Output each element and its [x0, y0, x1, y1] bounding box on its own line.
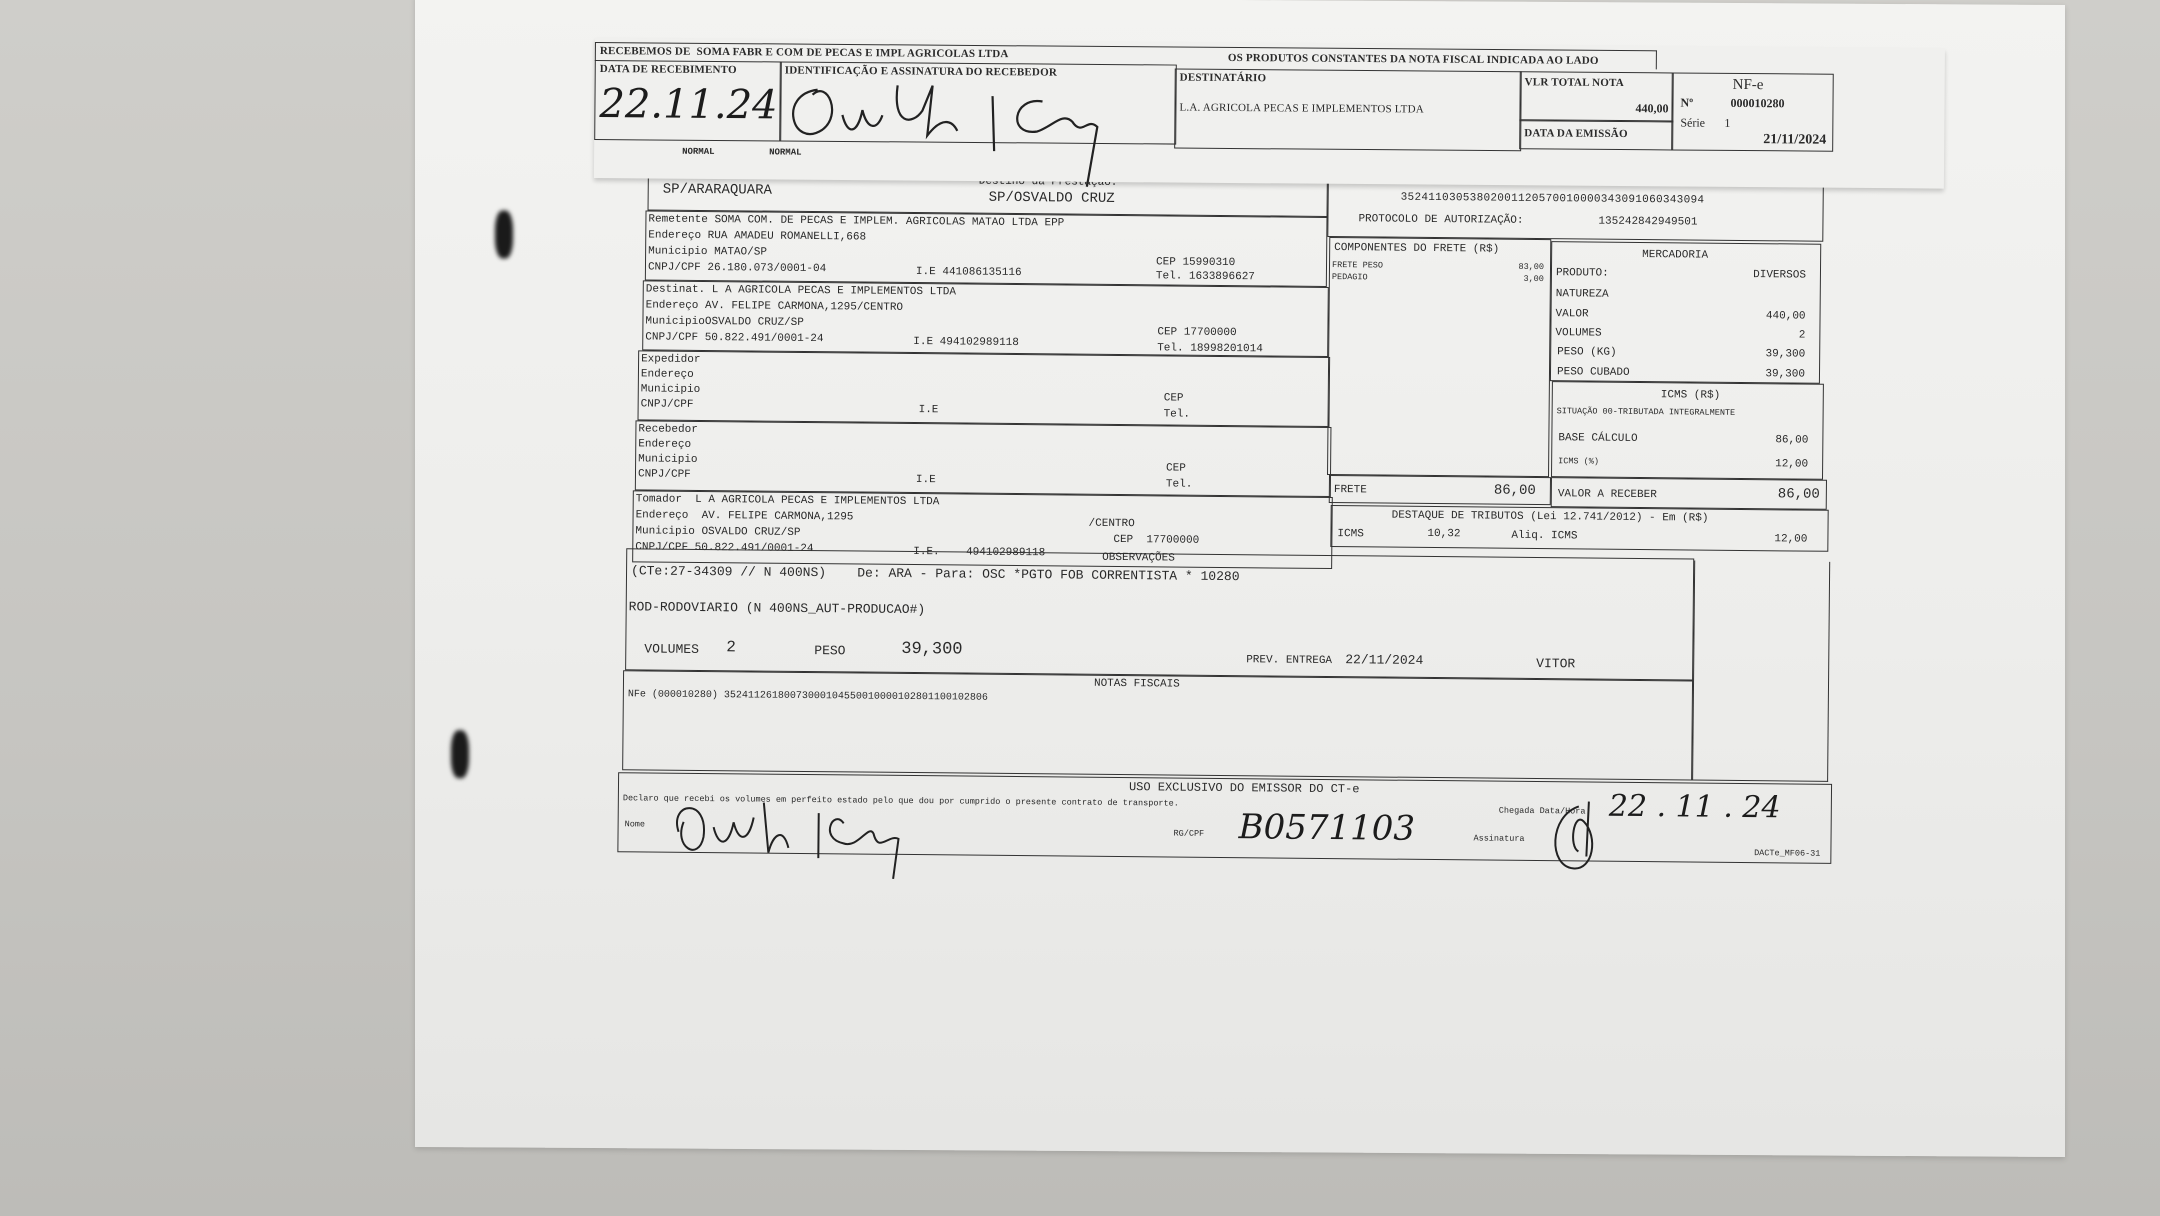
cep-label: CEP: [1113, 534, 1133, 546]
numero-value: 000010280: [1730, 96, 1784, 111]
tel-label: Tel.: [1166, 478, 1193, 490]
assinatura-signature-icon: [1538, 796, 1629, 877]
recebedor-signature-icon: [782, 74, 1163, 187]
tel-label: Tel.: [1157, 342, 1184, 354]
produto-label: PRODUTO:: [1556, 267, 1609, 280]
data-emissao-value: 21/11/2024: [1763, 132, 1826, 148]
remetente-ie: 441086135116: [942, 266, 1021, 279]
protocolo-value: 135242842949501: [1598, 216, 1697, 229]
tomador-cep: 17700000: [1146, 534, 1199, 547]
frete-total-box: FRETE 86,00: [1329, 475, 1551, 505]
mercadoria-box: MERCADORIA PRODUTO: DIVERSOS NATUREZA VA…: [1550, 241, 1821, 384]
tributos-box: DESTAQUE DE TRIBUTOS (Lei 12.741/2012) -…: [1330, 505, 1828, 552]
valor-receber-label: VALOR A RECEBER: [1558, 488, 1657, 501]
peso-cubado-value: 39,300: [1765, 368, 1805, 380]
tomador-label: Tomador: [636, 493, 682, 505]
destinatario-cep: 17700000: [1184, 327, 1237, 340]
tributos-icms-label: ICMS: [1337, 528, 1364, 540]
tomador-endereco: AV. FELIPE CARMONA,1295: [702, 510, 854, 523]
obs-volumes-value: 2: [726, 638, 736, 656]
componente-label: FRETE PESO: [1332, 260, 1383, 270]
municipio-label: Municipio: [638, 453, 698, 466]
frete-value: 86,00: [1494, 483, 1536, 499]
vlr-total-label: VLR TOTAL NOTA: [1525, 76, 1624, 89]
tipo-cte-1: NORMAL: [682, 147, 714, 157]
cep-label: CEP: [1157, 326, 1177, 338]
observacoes-line1: (CTe:27-34309 // N 400NS) De: ARA - Para…: [631, 563, 1240, 584]
peso-value: 39,300: [1766, 348, 1806, 360]
destinatario-label: Destinat.: [646, 283, 706, 296]
destino-value: SP/OSVALDO CRUZ: [989, 190, 1115, 207]
receipt-stub: RECEBEMOS DE SOMA FABR E COM DE PECAS E …: [594, 38, 1945, 189]
icms-title: ICMS (R$): [1661, 389, 1721, 402]
icms-aliq-value: 12,00: [1775, 458, 1808, 470]
numero-label: Nº: [1680, 96, 1693, 111]
remetente-label: Remetente: [648, 213, 708, 226]
chave-value: 3524110305380200112057001000034309106034…: [1401, 192, 1705, 207]
identificacao-box: IDENTIFICAÇÃO E ASSINATURA DO RECEBEDOR: [779, 61, 1177, 144]
expedidor-label: Expedidor: [641, 353, 701, 366]
data-recebimento-label: DATA DE RECEBIMENTO: [600, 63, 737, 76]
chegada-handwritten: 22 . 11 . 24: [1609, 789, 1781, 826]
emissor-box: USO EXCLUSIVO DO EMISSOR DO CT-e Declaro…: [617, 772, 1832, 864]
observacoes-title: OBSERVAÇÕES: [1102, 552, 1175, 565]
emissor-title: USO EXCLUSIVO DO EMISSOR DO CT-e: [1129, 780, 1360, 796]
vlr-total-box: VLR TOTAL NOTA 440,00: [1519, 71, 1673, 122]
destinatario-municipio: OSVALDO CRUZ/SP: [705, 316, 804, 329]
observacoes-side-box: [1692, 561, 1830, 782]
destinatario-nome: L A AGRICOLA PECAS E IMPLEMENTOS LTDA: [712, 284, 956, 298]
remetente-cep: 15990310: [1182, 257, 1235, 270]
stub-notice: OS PRODUTOS CONSTANTES DA NOTA FISCAL IN…: [1228, 52, 1599, 67]
valor-receber-box: VALOR A RECEBER 86,00: [1551, 477, 1827, 510]
tomador-nome: L A AGRICOLA PECAS E IMPLEMENTOS LTDA: [695, 494, 939, 508]
cep-label: CEP: [1164, 392, 1184, 404]
notas-title: NOTAS FISCAIS: [1094, 678, 1180, 691]
frete-label: FRETE: [1334, 484, 1367, 496]
origem-value: SP/ARARAQUARA: [663, 182, 772, 199]
valor-value: 440,00: [1766, 310, 1806, 322]
recebedor-box: Recebedor Endereço Municipio CNPJ/CPF I.…: [635, 420, 1332, 497]
icms-aliq-label: ICMS (%): [1558, 456, 1599, 466]
tomador-municipio: OSVALDO CRUZ/SP: [701, 526, 800, 539]
tributos-icms-value: 10,32: [1427, 528, 1460, 540]
nfe-label: NF-e: [1733, 77, 1764, 94]
peso-label: PESO (KG): [1557, 346, 1617, 359]
binder-hole-mark: [495, 210, 513, 258]
tel-label: Tel.: [1164, 408, 1191, 420]
icms-situacao: SITUAÇÃO 00-TRIBUTADA INTEGRALMENTE: [1557, 406, 1736, 418]
expedidor-box: Expedidor Endereço Municipio CNPJ/CPF I.…: [638, 350, 1331, 427]
cnpj-label: CNPJ/CPF: [645, 331, 698, 344]
icms-box: ICMS (R$) SITUAÇÃO 00-TRIBUTADA INTEGRAL…: [1551, 381, 1824, 480]
endereco-label: Endereço: [646, 299, 699, 312]
municipio-label: Municipio: [648, 245, 708, 258]
prev-entrega-value: 22/11/2024: [1345, 652, 1423, 668]
remetente-cnpj: 26.180.073/0001-04: [707, 262, 826, 275]
assinatura-label: Assinatura: [1473, 833, 1524, 843]
notas-fiscais-box: NOTAS FISCAIS NFe (000010280) 3524112618…: [622, 670, 1693, 780]
cep-label: CEP: [1166, 462, 1186, 474]
data-emissao-box: DATA DA EMISSÃO: [1519, 119, 1673, 150]
base-calculo-label: BASE CÁLCULO: [1558, 432, 1637, 445]
remetente-nome: SOMA COM. DE PECAS E IMPLEM. AGRICOLAS M…: [714, 214, 1064, 229]
municipio-label: Municipio: [645, 315, 705, 328]
tributos-aliq-label: Aliq. ICMS: [1511, 530, 1577, 543]
obs-peso-value: 39,300: [901, 640, 962, 660]
recebedor-label: Recebedor: [638, 423, 698, 436]
endereco-label: Endereço: [638, 438, 691, 451]
recebedor-signature-icon: [668, 792, 969, 885]
remetente-endereco: RUA AMADEU ROMANELLI,668: [708, 230, 867, 244]
rg-handwritten: B0571103: [1238, 807, 1415, 849]
ie-label: I.E: [916, 266, 936, 278]
binder-hole-mark: [451, 730, 469, 778]
endereco-label: Endereço: [648, 229, 701, 242]
municipio-label: Municipio: [641, 383, 701, 396]
remetente-tel: 1633896627: [1189, 271, 1255, 284]
componente-value: 3,00: [1523, 274, 1544, 284]
data-recebimento-box: DATA DE RECEBIMENTO 22.11.24: [594, 60, 782, 141]
cnpj-label: CNPJ/CPF: [638, 468, 691, 481]
obs-peso-label: PESO: [814, 643, 845, 658]
recebemos-label: RECEBEMOS DE: [600, 45, 691, 58]
destinatario-ie: 494102989118: [940, 336, 1019, 349]
data-emissao-label: DATA DA EMISSÃO: [1524, 127, 1628, 140]
protocolo-label: PROTOCOLO DE AUTORIZAÇÃO:: [1358, 213, 1523, 227]
tipo-cte-2: NORMAL: [769, 147, 801, 157]
destinatario-tel: 18998201014: [1190, 343, 1263, 356]
tributos-title: DESTAQUE DE TRIBUTOS (Lei 12.741/2012) -…: [1392, 510, 1709, 525]
serie-value: 1: [1724, 116, 1730, 131]
volumes-label: VOLUMES: [1555, 327, 1601, 339]
destinatario-cnpj: 50.822.491/0001-24: [705, 332, 824, 345]
tributos-aliq-value: 12,00: [1774, 533, 1807, 545]
observacoes-line2: ROD-RODOVIARIO (N 400NS_AUT-PRODUCAO#): [629, 599, 926, 617]
serie-label: Série: [1680, 116, 1705, 131]
obs-volumes-label: VOLUMES: [644, 641, 699, 657]
remetente-box: Remetente SOMA COM. DE PECAS E IMPLEM. A…: [645, 210, 1328, 287]
componentes-title: COMPONENTES DO FRETE (R$): [1334, 242, 1499, 256]
componente-label: PEDAGIO: [1332, 272, 1368, 282]
vlr-total-value: 440,00: [1635, 101, 1668, 116]
destinatario-stub-value: L.A. AGRICOLA PECAS E IMPLEMENTOS LTDA: [1179, 102, 1424, 116]
natureza-label: NATUREZA: [1556, 288, 1609, 301]
cnpj-label: CNPJ/CPF: [641, 398, 694, 411]
componente-value: 83,00: [1518, 262, 1544, 272]
volumes-value: 2: [1799, 330, 1806, 342]
peso-cubado-label: PESO CUBADO: [1557, 366, 1630, 379]
cnpj-label: CNPJ/CPF: [648, 261, 701, 274]
produto-value: DIVERSOS: [1753, 269, 1806, 282]
destinatario-stub-label: DESTINATÁRIO: [1180, 72, 1267, 85]
valor-receber-value: 86,00: [1778, 486, 1820, 502]
cep-label: CEP: [1156, 256, 1176, 268]
destinatario-endereco: AV. FELIPE CARMONA,1295/CENTRO: [705, 300, 903, 314]
endereco-label: Endereço: [641, 368, 694, 381]
nfe-box: NF-e Nº 000010280 Série 1 21/11/2024: [1671, 72, 1834, 151]
destinatario-stub-box: DESTINATÁRIO L.A. AGRICOLA PECAS E IMPLE…: [1174, 69, 1522, 152]
mercadoria-title: MERCADORIA: [1642, 249, 1708, 262]
municipio-label: Municipio: [635, 525, 695, 538]
destinatario-box: Destinat. L A AGRICOLA PECAS E IMPLEMENT…: [642, 280, 1329, 357]
componentes-frete-box: COMPONENTES DO FRETE (R$) FRETE PESO 83,…: [1327, 237, 1551, 477]
nome-label: Nome: [625, 819, 646, 829]
form-code: DACTe_MF06-31: [1754, 848, 1820, 859]
tomador-bairro: /CENTRO: [1088, 518, 1134, 530]
remetente-municipio: MATAO/SP: [714, 246, 767, 259]
base-calculo-value: 86,00: [1775, 434, 1808, 446]
conferente: VITOR: [1536, 656, 1575, 671]
ie-label: I.E: [919, 404, 939, 416]
endereco-label: Endereço: [636, 509, 689, 522]
data-recebimento-handwritten: 22.11.24: [599, 81, 777, 128]
observacoes-box: OBSERVAÇÕES (CTe:27-34309 // N 400NS) De…: [625, 548, 1694, 680]
tel-label: Tel.: [1156, 270, 1183, 282]
valor-label: VALOR: [1556, 308, 1589, 320]
emitente-name: SOMA FABR E COM DE PECAS E IMPL AGRICOLA…: [696, 46, 1008, 60]
ie-label: I.E: [916, 474, 936, 486]
rg-label: RG/CPF: [1174, 829, 1205, 839]
nfe-line: NFe (000010280) 352411261800730001045500…: [628, 689, 988, 703]
ie-label: I.E: [913, 336, 933, 348]
prev-entrega-label: PREV. ENTREGA: [1246, 654, 1332, 667]
